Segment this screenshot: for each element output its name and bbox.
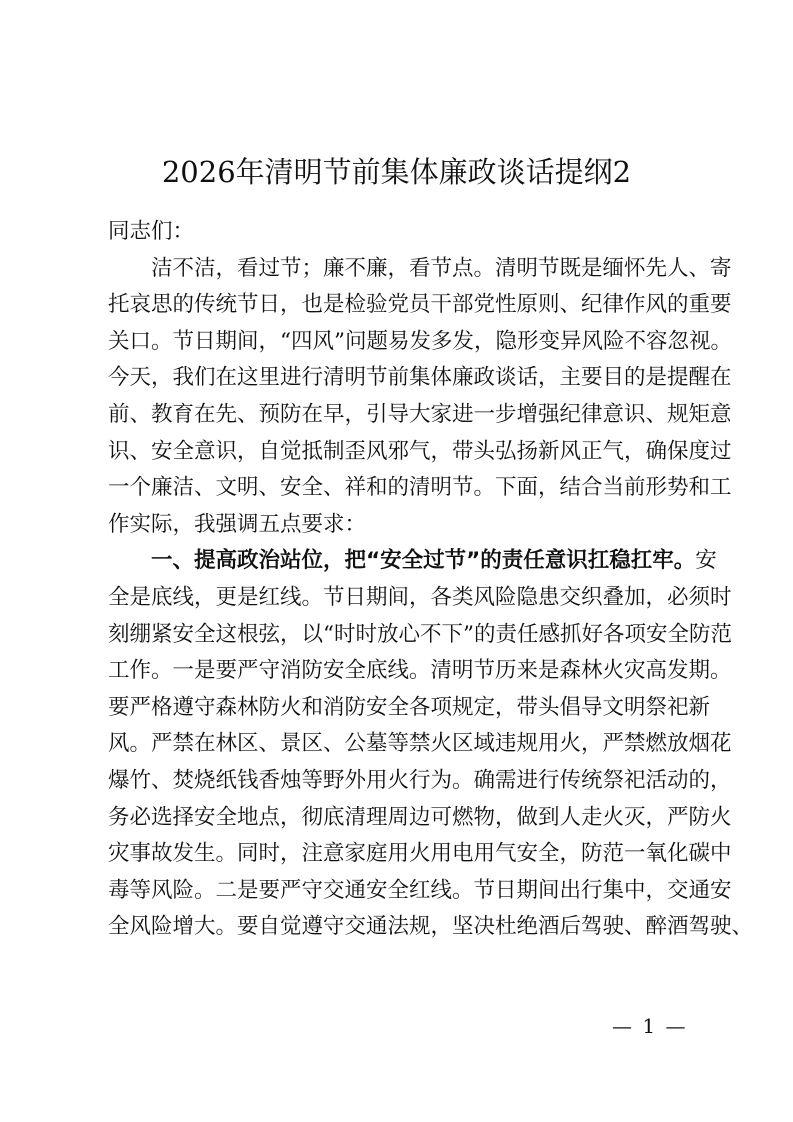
paragraph-line: 风。严禁在林区、景区、公墓等禁火区域违规用火，严禁燃放烟花 xyxy=(108,726,693,763)
paragraph-line: 洁不洁，看过节；廉不廉，看节点。清明节既是缅怀先人、寄 xyxy=(108,251,693,288)
paragraph-line: 识、安全意识，自觉抵制歪风邪气，带头弘扬新风正气，确保度过 xyxy=(108,434,693,471)
paragraph-line: 要严格遵守森林防火和消防安全各项规定，带头倡导文明祭祀新 xyxy=(108,690,693,727)
document-page: 2026年清明节前集体廉政谈话提纲2 同志们： 洁不洁，看过节；廉不廉，看节点。… xyxy=(0,0,793,1122)
paragraph-line: 托哀思的传统节日，也是检验党员干部党性原则、纪律作风的重要 xyxy=(108,287,693,324)
paragraph-line: 务必选择安全地点，彻底清理周边可燃物，做到人走火灭，严防火 xyxy=(108,800,693,837)
paragraph-line: 一个廉洁、文明、安全、祥和的清明节。下面，结合当前形势和工 xyxy=(108,470,693,507)
paragraph-line: 今天，我们在这里进行清明节前集体廉政谈话，主要目的是提醒在 xyxy=(108,360,693,397)
paragraph-line: 爆竹、焚烧纸钱香烛等野外用火行为。确需进行传统祭祀活动的， xyxy=(108,763,693,800)
intro-paragraph: 洁不洁，看过节；廉不廉，看节点。清明节既是缅怀先人、寄 托哀思的传统节日，也是检… xyxy=(108,251,693,544)
paragraph-line: 工作。一是要严守消防安全底线。清明节历来是森林火灾高发期。 xyxy=(108,653,693,690)
paragraph-line: 作实际，我强调五点要求： xyxy=(108,507,693,544)
paragraph-line: 毒等风险。二是要严守交通安全红线。节日期间出行集中，交通安 xyxy=(108,873,693,910)
document-title: 2026年清明节前集体廉政谈话提纲2 xyxy=(0,150,793,194)
section-heading-line: 一、提高政治站位，把“安全过节”的责任意识扛稳扛牢。安 xyxy=(108,543,693,580)
paragraph-line: 全风险增大。要自觉遵守交通法规，坚决杜绝酒后驾驶、醉酒驾驶、 xyxy=(108,909,693,946)
salutation: 同志们： xyxy=(108,214,693,251)
section-1-heading-tail: 安 xyxy=(695,548,717,573)
paragraph-line: 灾事故发生。同时，注意家庭用火用电用气安全，防范一氧化碳中 xyxy=(108,836,693,873)
paragraph-line: 前、教育在先、预防在早，引导大家进一步增强纪律意识、规矩意 xyxy=(108,397,693,434)
section-1-heading: 一、提高政治站位，把“安全过节”的责任意识扛稳扛牢。 xyxy=(151,548,695,573)
document-body: 同志们： 洁不洁，看过节；廉不廉，看节点。清明节既是缅怀先人、寄 托哀思的传统节… xyxy=(108,214,693,946)
paragraph-line: 关口。节日期间，“四风”问题易发多发，隐形变异风险不容忽视。 xyxy=(108,324,693,361)
section-1-paragraph: 一、提高政治站位，把“安全过节”的责任意识扛稳扛牢。安 全是底线，更是红线。节日… xyxy=(108,543,693,946)
page-number: — 1 — xyxy=(612,1014,687,1038)
paragraph-line: 全是底线，更是红线。节日期间，各类风险隐患交织叠加，必须时 xyxy=(108,580,693,617)
paragraph-line: 刻绷紧安全这根弦，以“时时放心不下”的责任感抓好各项安全防范 xyxy=(108,617,693,654)
